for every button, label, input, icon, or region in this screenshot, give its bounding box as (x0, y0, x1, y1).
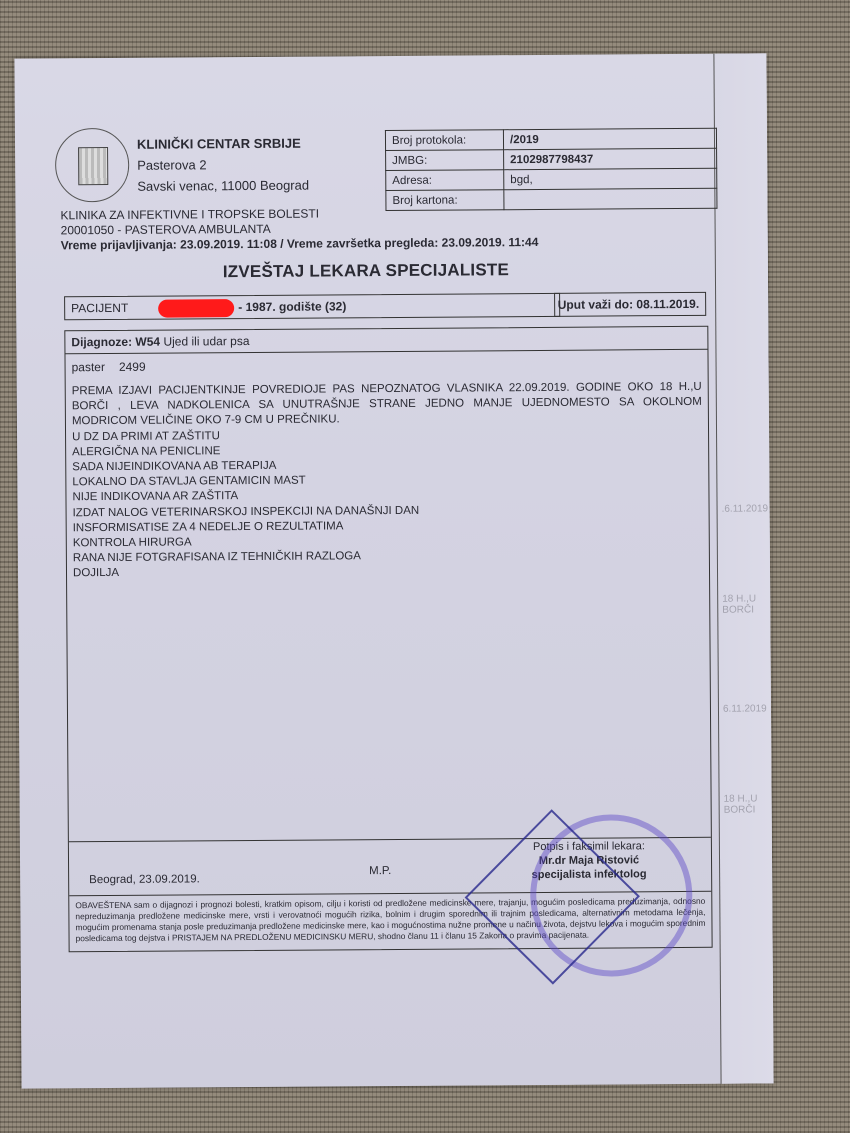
address-line-2: Savski venac, 11000 Beograd (137, 175, 309, 197)
hospital-logo-icon (55, 128, 130, 203)
address-line-1: Pasterova 2 (137, 154, 309, 176)
report-title: IZVEŠTAJ LEKARA SPECIJALISTE (16, 259, 716, 284)
patient-birth: - 1987. godište (32) (238, 299, 346, 314)
place-date: Beograd, 23.09.2019. (89, 873, 200, 886)
paster-number: 2499 (119, 360, 146, 374)
referral-valid-until: Uput važi do: 08.11.2019. (554, 292, 706, 317)
diagnosis-text: Ujed ili udar psa (163, 334, 249, 349)
table-row: Broj kartona: (386, 188, 717, 210)
diagnosis-label: Dijagnoze: (71, 335, 132, 349)
table-row: Adresa:bgd, (386, 168, 717, 190)
jmbg-label: JMBG: (386, 150, 504, 171)
patient-label: PACIJENT (71, 301, 128, 315)
diagnosis-code: W54 (135, 335, 160, 349)
clinic-block: KLINIKA ZA INFEKTIVNE I TROPSKE BOLESTI … (60, 205, 538, 253)
institution-name: KLINIČKI CENTAR SRBIJE (137, 133, 309, 155)
table-row: JMBG:2102987798437 (386, 148, 717, 170)
clinical-notes: PREMA IZJAVI PACIJENTKINJE POVREDIOJE PA… (66, 370, 709, 582)
card-number-value (504, 188, 717, 209)
visit-times: Vreme prijavljivanja: 23.09.2019. 11:08 … (61, 235, 539, 253)
patient-box: PACIJENT- 1987. godište (32) (64, 293, 560, 320)
medical-report-page: .6.11.2019 18 H.,U BORČI 6.11.2019 18 H.… (14, 53, 773, 1088)
note-line: PREMA IZJAVI PACIJENTKINJE POVREDIOJE PA… (72, 380, 702, 430)
paster-label: paster (72, 360, 105, 374)
ghost-text: 18 H.,U BORČI (724, 793, 772, 815)
card-number-label: Broj kartona: (386, 190, 504, 211)
ghost-text: 6.11.2019 (723, 703, 767, 714)
protocol-label: Broj protokola: (385, 130, 503, 151)
seal-placeholder: M.P. (369, 865, 391, 877)
address-label: Adresa: (386, 170, 504, 191)
jmbg-value: 2102987798437 (504, 148, 717, 169)
table-row: Broj protokola:/2019 (385, 128, 716, 150)
protocol-table: Broj protokola:/2019 JMBG:2102987798437 … (385, 128, 718, 211)
ghost-text: 18 H.,U BORČI (722, 593, 770, 615)
carbon-copy-strip: .6.11.2019 18 H.,U BORČI 6.11.2019 18 H.… (713, 53, 773, 1083)
protocol-value: /2019 (503, 128, 716, 149)
address-value: bgd, (504, 168, 717, 189)
redacted-name (158, 299, 234, 318)
institution-block: KLINIČKI CENTAR SRBIJE Pasterova 2 Savsk… (137, 133, 309, 197)
ghost-text: .6.11.2019 (722, 503, 769, 514)
